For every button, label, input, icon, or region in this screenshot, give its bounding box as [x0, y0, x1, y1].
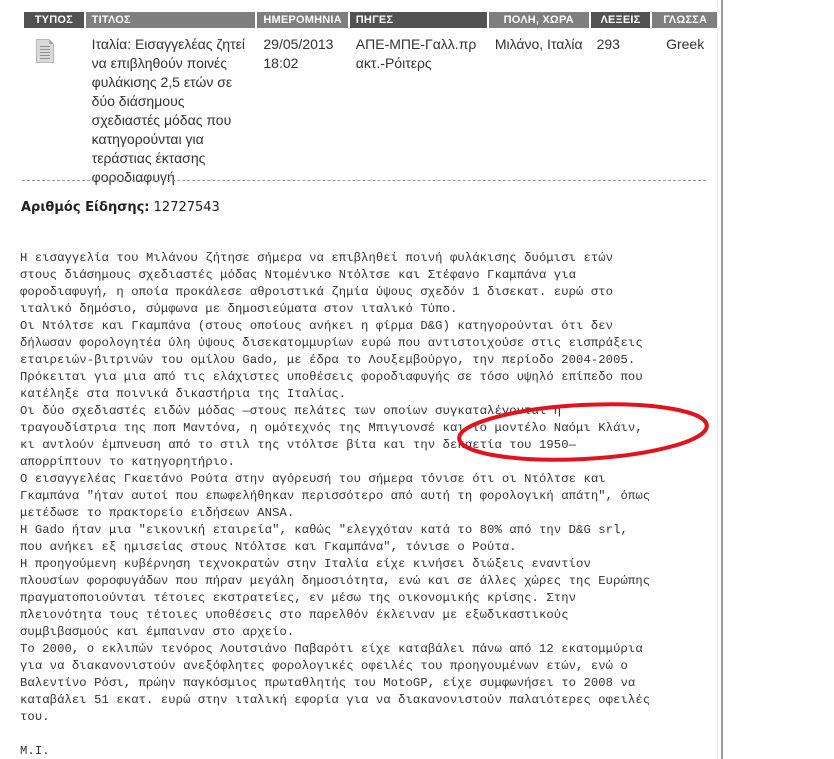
page-edge — [717, 0, 718, 759]
header-words[interactable]: ΛΕΞΕΙΣ — [591, 12, 651, 28]
cell-type — [24, 28, 84, 193]
header-location[interactable]: ΠΟΛΗ, ΧΩΡΑ — [489, 12, 589, 28]
header-language[interactable]: ΓΛΩΣΣΑ — [652, 12, 718, 28]
cell-words: 293 — [591, 28, 651, 193]
news-sources: ΑΠΕ-ΜΠΕ-Γαλλ.πρακτ.-Ρόιτερς — [356, 36, 477, 71]
news-table: ΤΥΠΟΣ ΤΙΤΛΟΣ ΗΜΕΡΟΜΗΝΙΑ ΠΗΓΕΣ ΠΟΛΗ, ΧΩΡΑ… — [22, 12, 720, 193]
news-id-label: Αριθμός Είδησης: — [21, 200, 150, 215]
news-word-count: 293 — [597, 36, 620, 52]
cell-location: Μιλάνο, Ιταλία — [489, 28, 589, 193]
news-location: Μιλάνο, Ιταλία — [495, 36, 583, 52]
cell-sources: ΑΠΕ-ΜΠΕ-Γαλλ.πρακτ.-Ρόιτερς — [350, 28, 487, 193]
cell-date: 29/05/2013 18:02 — [257, 28, 347, 193]
table-row[interactable]: Ιταλία: Εισαγγελέας ζητεί να επιβληθούν … — [24, 28, 718, 193]
table-header-row: ΤΥΠΟΣ ΤΙΤΛΟΣ ΗΜΕΡΟΜΗΝΙΑ ΠΗΓΕΣ ΠΟΛΗ, ΧΩΡΑ… — [24, 12, 718, 28]
header-date[interactable]: ΗΜΕΡΟΜΗΝΙΑ — [257, 12, 347, 28]
cell-title[interactable]: Ιταλία: Εισαγγελέας ζητεί να επιβληθούν … — [86, 28, 256, 193]
header-type[interactable]: ΤΥΠΟΣ — [24, 12, 84, 28]
news-language: Greek — [666, 36, 704, 52]
document-icon[interactable] — [36, 39, 54, 63]
news-id: Αριθμός Είδησης: 12727543 — [21, 200, 220, 215]
header-sources[interactable]: ΠΗΓΕΣ — [350, 12, 487, 28]
article-body: Η εισαγγελία του Μιλάνου ζήτησε σήμερα ν… — [20, 250, 720, 759]
header-title[interactable]: ΤΙΤΛΟΣ — [86, 12, 256, 28]
page-border — [721, 0, 723, 759]
separator-divider — [22, 180, 706, 181]
news-title-link[interactable]: Ιταλία: Εισαγγελέας ζητεί να επιβληθούν … — [92, 36, 245, 185]
news-id-value: 12727543 — [154, 200, 220, 215]
news-time: 18:02 — [263, 54, 341, 73]
cell-language: Greek — [652, 28, 718, 193]
news-date: 29/05/2013 — [263, 35, 341, 54]
news-page: ΤΥΠΟΣ ΤΙΤΛΟΣ ΗΜΕΡΟΜΗΝΙΑ ΠΗΓΕΣ ΠΟΛΗ, ΧΩΡΑ… — [0, 0, 720, 759]
